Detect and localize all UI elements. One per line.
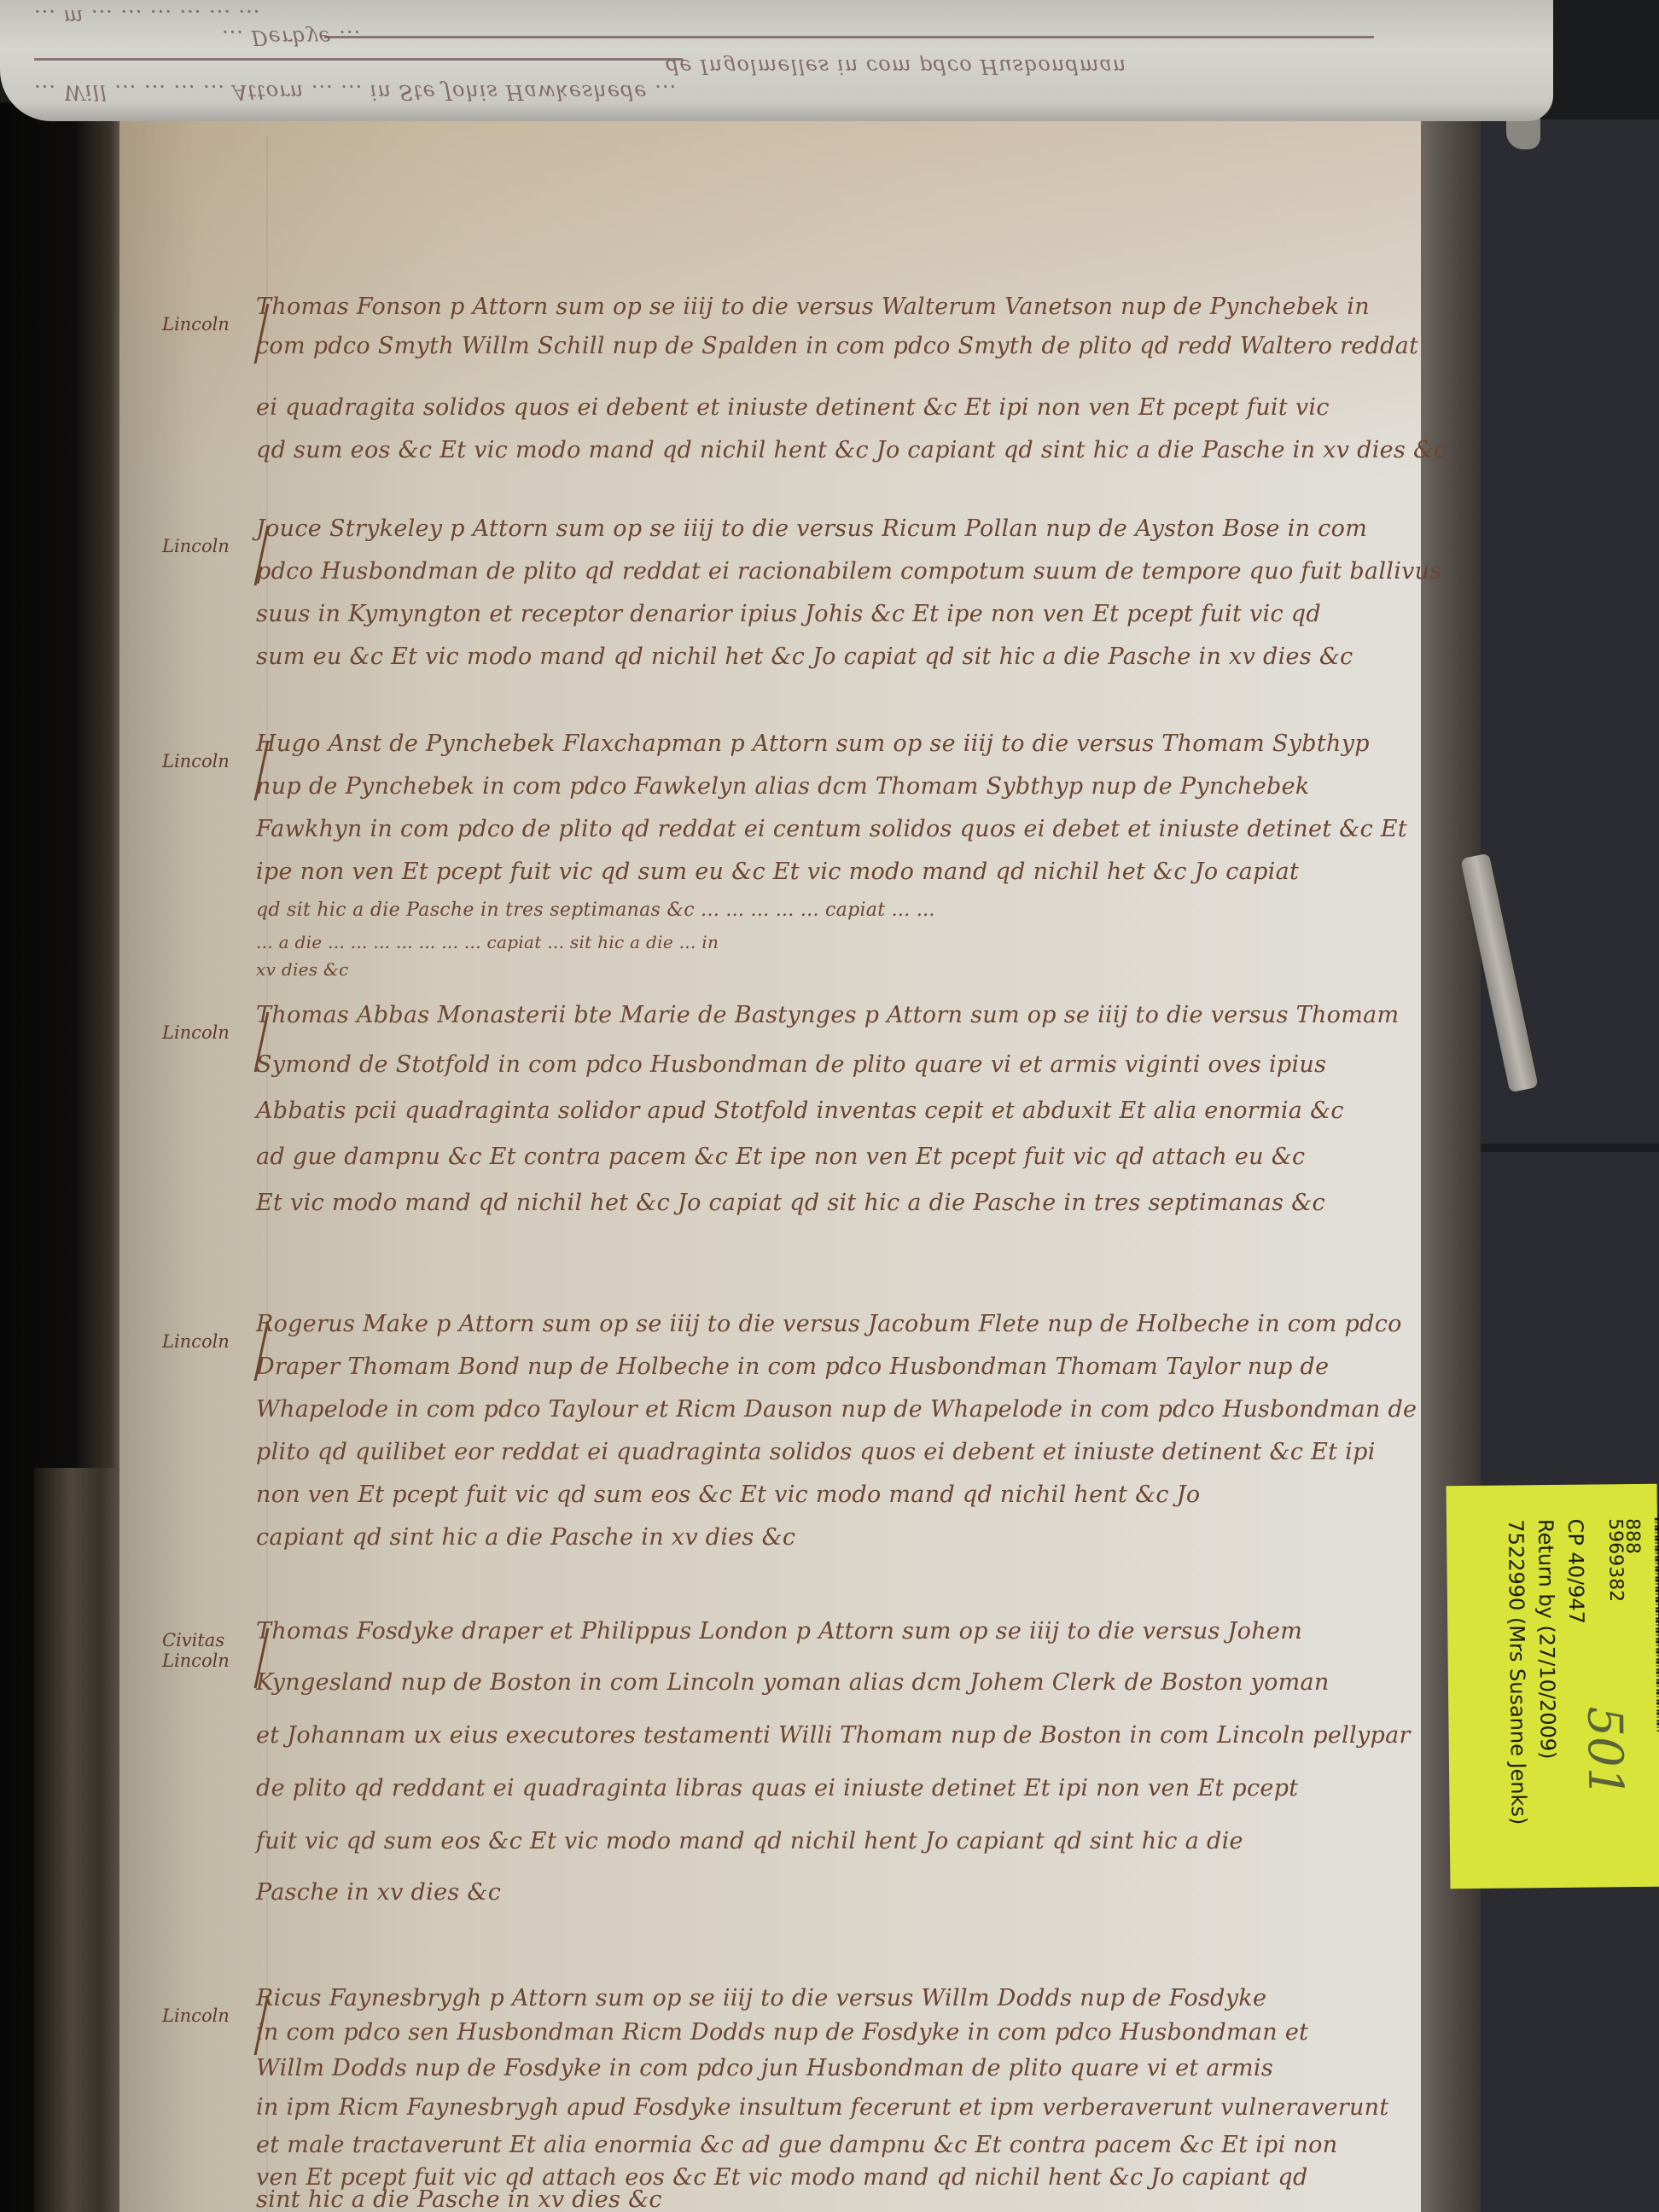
- text-line: sum eu &c Et vic modo mand qd nichil het…: [256, 645, 1353, 668]
- document-reference: CP 40/947: [1563, 1519, 1588, 1625]
- text-line: com pdco Smyth Willm Schill nup de Spald…: [256, 335, 1418, 358]
- background-board-seam: [1468, 1144, 1659, 1152]
- membrane-right-edge: [1421, 119, 1481, 2212]
- text-line: Symond de Stotfold in com pdco Husbondma…: [256, 1053, 1326, 1076]
- county-marginal-label: Lincoln: [162, 536, 256, 556]
- text-line: ei quadragita solidos quos ei debent et …: [256, 396, 1330, 419]
- county-marginal-label: Lincoln: [162, 751, 256, 771]
- text-line: Whapelode in com pdco Taylour et Ricm Da…: [256, 1398, 1417, 1421]
- text-line: Willm Dodds nup de Fosdyke in com pdco j…: [256, 2057, 1273, 2080]
- text-line: in ipm Ricm Faynesbrygh apud Fosdyke ins…: [256, 2096, 1389, 2119]
- text-line: Rogerus Make p Attorn sum op se iiij to …: [256, 1313, 1402, 1336]
- text-line: qd sit hic a die Pasche in tres septiman…: [256, 901, 935, 920]
- text-line: ad gue dampnu &c Et contra pacem &c Et i…: [256, 1145, 1305, 1168]
- barcode-number: 5969382: [1604, 1518, 1627, 1602]
- text-line: Pasche in xv dies &c: [256, 1881, 501, 1904]
- text-line: ipe non ven Et pcept fuit vic qd sum eu …: [256, 860, 1299, 883]
- county-marginal-label: Lincoln: [162, 1331, 256, 1352]
- text-line: Jouce Strykeley p Attorn sum op se iiij …: [256, 517, 1367, 540]
- text-line: et male tractaverunt Et alia enormia &c …: [256, 2133, 1337, 2157]
- text-line: non ven Et pcept fuit vic qd sum eos &c …: [256, 1483, 1200, 1506]
- text-line: capiant qd sint hic a die Pasche in xv d…: [256, 1526, 795, 1549]
- text-line: de plito qd reddant ei quadraginta libra…: [256, 1777, 1298, 1800]
- text-line: Thomas Abbas Monasterii bte Marie de Bas…: [256, 1004, 1399, 1027]
- text-line: xv dies &c: [256, 961, 349, 978]
- text-line: Abbatis pcii quadraginta solidor apud St…: [256, 1099, 1344, 1122]
- membrane-folds-left: [34, 1468, 128, 2212]
- rolled-line: ... Will ... ... ... ... Attorn ... ... …: [34, 80, 677, 104]
- text-line: Fawkhyn in com pdco de plito qd reddat e…: [256, 818, 1407, 841]
- text-line: pdco Husbondman de plito qd reddat ei ra…: [256, 560, 1442, 583]
- text-line: suus in Kymyngton et receptor denarior i…: [256, 602, 1321, 626]
- text-line: nup de Pynchebek in com pdco Fawkelyn al…: [256, 775, 1310, 798]
- rolled-rule: [34, 58, 683, 61]
- archive-request-slip: 888 5969382 CP 40/947 Return by (27/10/2…: [1447, 1484, 1659, 1889]
- text-line: Kyngesland nup de Boston in com Lincoln …: [256, 1671, 1330, 1694]
- county-marginal-label: Lincoln: [162, 2005, 256, 2026]
- reader-name: 7522990 (Mrs Susanne Jenks): [1504, 1519, 1531, 1825]
- text-line: plito qd quilibet eor reddat ei quadragi…: [256, 1441, 1376, 1464]
- rolled-line: de Ingolmelles in com pdco Husbondman: [666, 55, 1126, 79]
- rolled-membrane-top: ... m ... ... ... ... ... ... ... Derbye…: [0, 0, 1553, 121]
- rolled-rule: [324, 36, 1374, 38]
- handwritten-number: 501: [1576, 1706, 1633, 1798]
- text-line: et Johannam ux eius executores testament…: [256, 1724, 1411, 1747]
- text-line: ... a die ... ... ... ... ... ... ... ca…: [256, 934, 719, 951]
- text-line: Thomas Fosdyke draper et Philippus Londo…: [256, 1620, 1302, 1643]
- text-line: Hugo Anst de Pynchebek Flaxchapman p Att…: [256, 732, 1370, 755]
- text-line: Thomas Fonson p Attorn sum op se iiij to…: [256, 295, 1370, 318]
- barcode: [1655, 1517, 1659, 1731]
- membrane-fold-left: [77, 119, 119, 1468]
- text-line: Ricus Faynesbrygh p Attorn sum op se iii…: [256, 1987, 1266, 2010]
- return-by-date: Return by (27/10/2009): [1534, 1519, 1560, 1760]
- text-line: qd sum eos &c Et vic modo mand qd nichil…: [256, 439, 1447, 462]
- text-line: sint hic a die Pasche in xv dies &c: [256, 2188, 662, 2211]
- text-line: Et vic modo mand qd nichil het &c Jo cap…: [256, 1191, 1325, 1214]
- text-line: Draper Thomam Bond nup de Holbeche in co…: [256, 1355, 1329, 1378]
- county-marginal-label: Lincoln: [162, 314, 256, 335]
- text-line: ven Et pcept fuit vic qd attach eos &c E…: [256, 2166, 1308, 2189]
- text-line: in com pdco sen Husbondman Ricm Dodds nu…: [256, 2021, 1308, 2044]
- county-marginal-label: Lincoln: [162, 1022, 256, 1043]
- text-line: fuit vic qd sum eos &c Et vic modo mand …: [256, 1830, 1243, 1853]
- county-marginal-label: Civitas Lincoln: [162, 1630, 256, 1671]
